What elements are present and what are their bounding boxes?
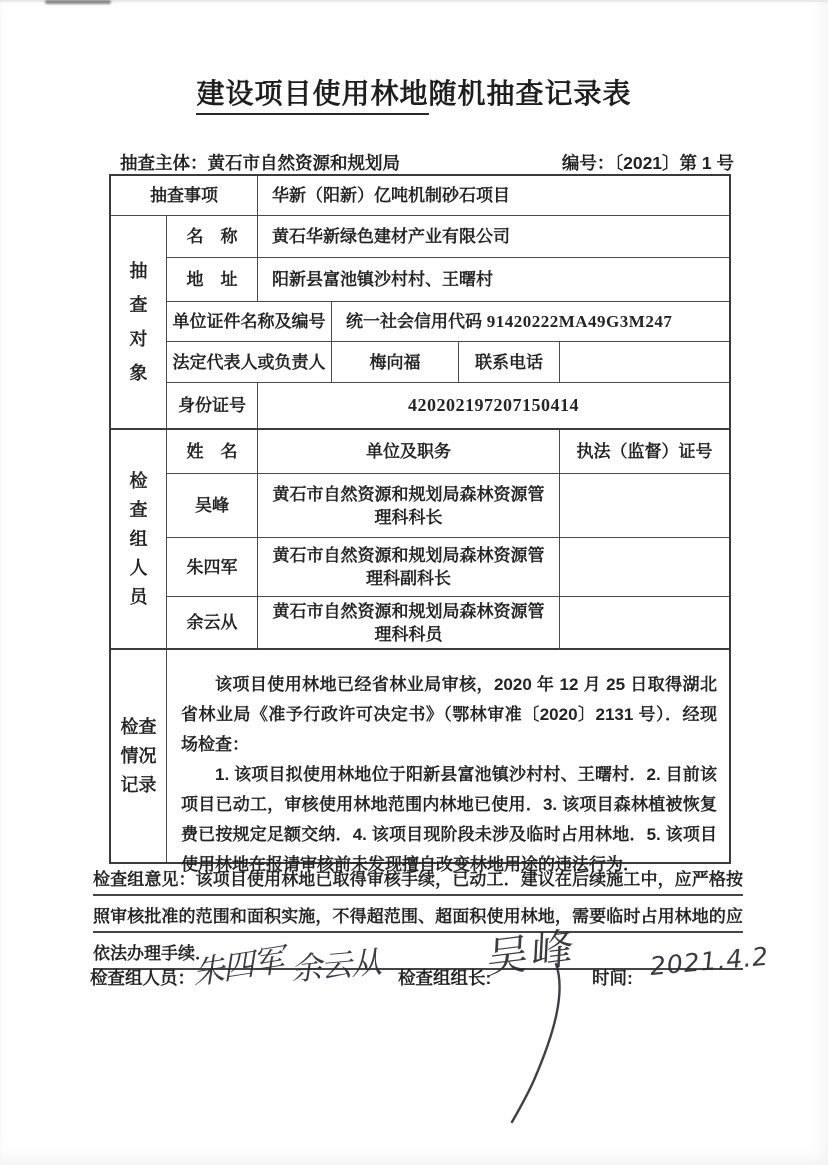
scan-streak-artifact (45, 0, 111, 4)
id-number-label: 身份证号 (167, 383, 258, 430)
header-info-line: 抽查主体：黄石市自然资源和规划局 编号：〔2021〕第 1 号 (120, 150, 734, 175)
team-member-duty: 黄石市自然资源和规划局森林资源管理科科长 (258, 474, 560, 538)
team-member-name: 余云从 (167, 597, 258, 650)
subject-label: 抽查主体： (120, 153, 208, 173)
team-member-name: 朱四军 (167, 538, 258, 597)
id-number-value: 420202197207150414 (258, 383, 729, 430)
inspection-item-label: 抽查事项 (111, 176, 258, 216)
credential-type: 统一社会信用代码 (346, 310, 482, 333)
team-member-name: 吴峰 (167, 474, 258, 538)
record-paragraph-1: 该项目使用林地已经省林业局审核，2020 年 12 月 25 日取得湖北省林业局… (181, 670, 717, 760)
company-name-value: 黄石华新绿色建材产业有限公司 (258, 216, 729, 258)
section-label-target: 抽查对象 (111, 216, 167, 430)
members-signature-label: 检查组人员： (90, 965, 195, 990)
scanned-form-page: 建设项目使用林地随机抽查记录表 抽查主体：黄石市自然资源和规划局 编号：〔202… (0, 0, 828, 1165)
section-label-team: 检查组人员 (111, 430, 167, 650)
doc-number-line: 编号：〔2021〕第 1 号 (562, 150, 734, 175)
team-header-duty: 单位及职务 (258, 430, 560, 474)
team-member-cert (560, 597, 729, 650)
address-value: 阳新县富池镇沙村村、王曙村 (258, 258, 729, 302)
team-member-cert (560, 474, 729, 538)
signature-yu-yuncong: 余云从 (290, 936, 387, 990)
legal-representative-name: 梅向福 (332, 342, 459, 383)
page-title-underlined-part: 建设项目使用林地 (196, 78, 428, 115)
contact-phone-value (560, 342, 729, 383)
team-member-duty: 黄石市自然资源和规划局森林资源管理科副科长 (258, 538, 560, 597)
inspection-record-table: 抽查事项 华新（阳新）亿吨机制砂石项目 抽查对象 名 称 黄石华新绿色建材产业有… (109, 174, 731, 864)
team-opinion-text: 检查组意见：该项目使用林地已取得审核手续，已动工．建议在后续施工中，应严格按照审… (93, 861, 743, 972)
credential-label: 单位证件名称及编号 (167, 302, 332, 342)
team-header-name: 姓 名 (167, 430, 258, 474)
scan-top-edge-artifact (0, 0, 828, 2)
legal-representative-label: 法定代表人或负责人 (167, 342, 332, 383)
signature-wu-feng: 吴峰 (485, 915, 578, 987)
team-member-duty: 黄石市自然资源和规划局森林资源管理科科员 (258, 597, 560, 650)
time-label: 时间: (592, 965, 633, 990)
contact-phone-label: 联系电话 (459, 342, 560, 383)
team-member-cert (560, 538, 729, 597)
subject-value: 黄石市自然资源和规划局 (208, 153, 401, 173)
doc-number-label: 编号： (562, 153, 615, 173)
doc-number-value: 〔2021〕第 1 号 (614, 153, 734, 173)
credential-value: 统一社会信用代码 91420222MA49G3M247 (332, 302, 729, 342)
inspection-item-value: 华新（阳新）亿吨机制砂石项目 (258, 176, 729, 216)
address-label: 地 址 (167, 258, 258, 302)
company-name-label: 名 称 (167, 216, 258, 258)
credential-number: 91420222MA49G3M247 (487, 310, 673, 333)
inspection-record-text: 该项目使用林地已经省林业局审核，2020 年 12 月 25 日取得湖北省林业局… (167, 650, 729, 862)
team-header-cert: 执法（监督）证号 (560, 430, 729, 474)
subject-line: 抽查主体：黄石市自然资源和规划局 (120, 150, 400, 175)
section-label-record: 检查情况记录 (111, 650, 167, 862)
page-title: 建设项目使用林地随机抽查记录表 (0, 72, 828, 112)
leader-signature-label: 检查组组长: (398, 965, 491, 990)
page-title-rest-part: 随机抽查记录表 (429, 78, 632, 109)
